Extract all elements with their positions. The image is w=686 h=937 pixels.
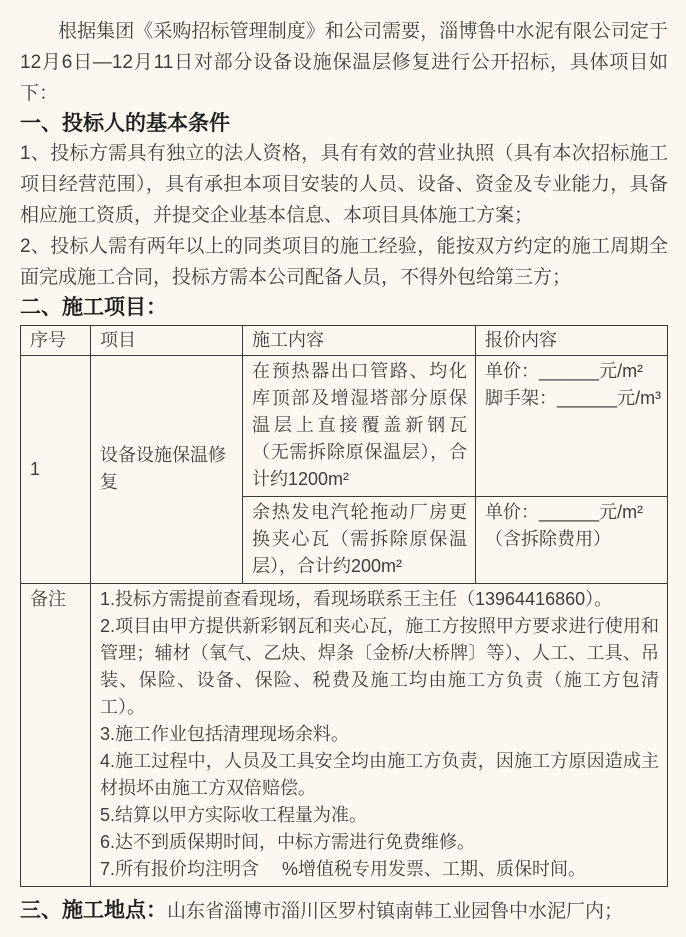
notes-label: 备注 <box>21 584 91 887</box>
quote-unit-price: 单价：______元/m² <box>485 499 659 526</box>
notes-cell: 1.投标方需提前查看现场，看现场联系王主任（13964416860）。 2.项目… <box>91 584 668 887</box>
note-item-4: 4.施工过程中，人员及工具安全均由施工方负责，因施工方原因造成主材损坏由施工方双… <box>100 748 659 802</box>
cell-quote-1: 单价：______元/m² 脚手架：______元/m³ <box>476 356 668 497</box>
section2-heading: 二、施工项目： <box>20 295 668 321</box>
cell-work-content-2: 余热发电汽轮拖动厂房更换夹心瓦（需拆除原保温层），合计约200m² <box>243 497 476 584</box>
note-item-3: 3.施工作业包括清理现场余料。 <box>100 721 659 748</box>
quote-unit-price: 单价：______元/m² <box>485 358 659 385</box>
bidder-condition-1: 1、投标方需具有独立的法人资格，具有有效的营业执照（具有本次招标施工项目经营范围… <box>20 138 668 231</box>
note-item-2: 2.项目由甲方提供新彩钢瓦和夹心瓦，施工方按照甲方要求进行使用和管理；辅材（氧气… <box>100 613 659 721</box>
header-project: 项目 <box>91 326 243 356</box>
cell-project: 设备设施保温修复 <box>91 356 243 584</box>
table-row: 1 设备设施保温修复 在预热器出口管路、均化库顶部及增湿塔部分原保温层上直接覆盖… <box>21 356 668 497</box>
note-item-5: 5.结算以甲方实际收工程量为准。 <box>100 802 659 829</box>
cell-seq: 1 <box>21 356 91 584</box>
section3-heading: 三、施工地点： <box>20 899 167 922</box>
note-item-7: 7.所有报价均注明含 %增值税专用发票、工期、质保时间。 <box>100 856 659 883</box>
cell-work-content-1: 在预热器出口管路、均化库顶部及增湿塔部分原保温层上直接覆盖新钢瓦（无需拆除原保温… <box>243 356 476 497</box>
note-item-6: 6.达不到质保期时间，中标方需进行免费维修。 <box>100 829 659 856</box>
section3-location-text: 山东省淄博市淄川区罗村镇南韩工业园鲁中水泥厂内； <box>167 901 623 922</box>
construction-project-table: 序号 项目 施工内容 报价内容 1 设备设施保温修复 在预热器出口管路、均化库顶… <box>20 325 668 887</box>
section3-paragraph: 三、施工地点：山东省淄博市淄川区罗村镇南韩工业园鲁中水泥厂内； <box>20 895 668 927</box>
header-seq: 序号 <box>21 326 91 356</box>
quote-scaffold-price: 脚手架：______元/m³ <box>485 385 659 412</box>
table-header-row: 序号 项目 施工内容 报价内容 <box>21 326 668 356</box>
intro-paragraph: 根据集团《采购招标管理制度》和公司需要，淄博鲁中水泥有限公司定于12月6日—12… <box>20 16 668 109</box>
notes-row: 备注 1.投标方需提前查看现场，看现场联系王主任（13964416860）。 2… <box>21 584 668 887</box>
header-quote: 报价内容 <box>476 326 668 356</box>
quote-demolition-note: （含拆除费用） <box>485 526 659 553</box>
tender-document: 根据集团《采购招标管理制度》和公司需要，淄博鲁中水泥有限公司定于12月6日—12… <box>0 0 686 937</box>
note-item-1: 1.投标方需提前查看现场，看现场联系王主任（13964416860）。 <box>100 586 659 613</box>
bidder-condition-2: 2、投标人需有两年以上的同类项目的施工经验，能按双方约定的施工周期全面完成施工合… <box>20 231 668 293</box>
section1-heading: 一、投标人的基本条件 <box>20 111 668 137</box>
header-content: 施工内容 <box>243 326 476 356</box>
cell-quote-2: 单价：______元/m² （含拆除费用） <box>476 497 668 584</box>
